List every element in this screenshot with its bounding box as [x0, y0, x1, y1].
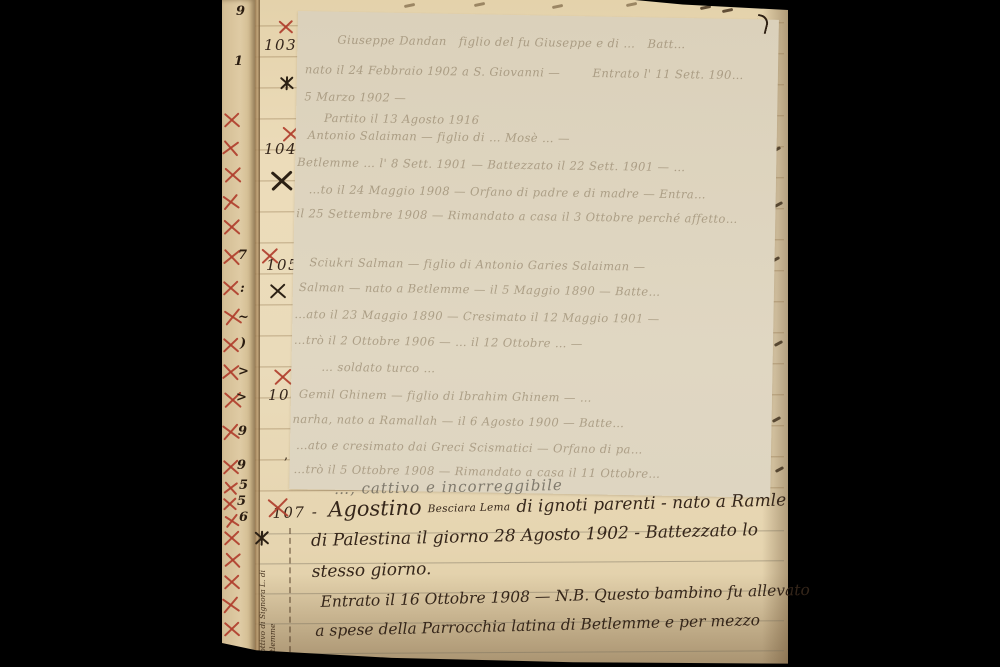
ghost-entry-104-line: Antonio Salaiman — figlio di … Mosè … —: [308, 128, 570, 145]
entry-107-line-1-text: di ignoti parenti - nato a Ramle: [516, 490, 786, 517]
ghost-entry-106-line: Gemil Ghinem — figlio di Ibrahim Ghinem …: [299, 387, 592, 405]
red-x-mark: [222, 193, 239, 210]
ink-fragment: [775, 466, 784, 473]
red-x-mark: [224, 112, 239, 127]
red-x-mark: [223, 497, 237, 510]
ghost-entry-106-line: …ato e cresimato dai Greci Scismatici — …: [296, 438, 643, 457]
red-x-mark: [224, 574, 240, 589]
edge-digit-fragment: >: [238, 364, 249, 379]
ghost-entry-105-line: … soldato turco …: [321, 360, 435, 375]
ghost-entry-104-line: il 25 Settembre 1908 — Rimandato a casa …: [296, 206, 738, 226]
ink-fragment: [772, 416, 781, 423]
edge-digit-fragment: >: [236, 390, 247, 405]
ghost-entry-105-line: …trò il 2 Ottobre 1906 — … il 12 Ottobre…: [294, 333, 583, 351]
red-x-mark: [224, 219, 239, 235]
edge-digit-fragment: 5: [239, 478, 248, 493]
entry-number-104: 104: [264, 140, 297, 158]
ghost-entry-103-line: Giuseppe Dandan figlio del fu Giuseppe e…: [337, 33, 685, 52]
edge-digit-fragment: 9: [238, 424, 247, 439]
entry-number-107: 107 -: [272, 503, 318, 522]
red-x-mark: [224, 621, 240, 636]
edge-digit-fragment: 9: [236, 4, 245, 19]
ghost-entry-105-line: Salman — nato a Betlemme — il 5 Maggio 1…: [299, 280, 661, 299]
edge-digit-fragment: 7: [238, 248, 247, 263]
entry-107-line-2: di Palestina il giorno 28 Agosto 1902 - …: [311, 520, 758, 551]
vertical-margin-note-line: adottivo di Signora L.: [258, 580, 267, 662]
vertical-margin-note: adottivo di Signora L. di Betlemme: [258, 540, 278, 662]
edge-digit-fragment: 5: [237, 494, 246, 509]
red-x-mark: [225, 167, 240, 183]
dashed-margin-rule: [289, 528, 291, 662]
edge-digit-fragment: :: [240, 281, 245, 296]
edge-digit-fragment: 1: [234, 54, 243, 69]
ghost-entry-103-line: Partito il 13 Agosto 1916: [324, 111, 480, 127]
entry-107: 107 -AgostinoBesciara Lemadi ignoti pare…: [272, 486, 790, 659]
ghost-entry-105-line: Sciukri Salman — figlio di Antonio Garie…: [309, 255, 645, 273]
entry-107-inserted-name: Besciara Lema: [427, 501, 510, 515]
entry-107-name: Agostino: [328, 495, 422, 521]
black-x-mark: [270, 283, 285, 298]
ghost-entry-103-line: 5 Marzo 1902 —: [304, 89, 406, 104]
ink-fragment: [722, 8, 733, 13]
ink-fragment: [774, 340, 783, 347]
edge-digit-fragment: ): [240, 336, 246, 351]
stray-ink-mark: ,: [284, 448, 288, 463]
black-x-mark: [280, 76, 293, 89]
entry-107-line-3: stesso giorno.: [312, 559, 432, 582]
black-x-mark: [272, 170, 291, 191]
ink-fragment: [626, 2, 637, 7]
ghost-entry-103-line: nato il 24 Febbraio 1902 a S. Giovanni —…: [305, 62, 744, 82]
scanned-register-image: 9 1 7 : ~ ) > > 9 9 5 5 6 103. 104 105. …: [0, 0, 1000, 667]
red-x-mark: [223, 480, 237, 494]
red-x-mark: [268, 498, 288, 518]
edge-digit-fragment: 6: [239, 510, 248, 525]
red-x-mark: [224, 513, 239, 528]
covering-sheet-overlay: Giuseppe Dandan figlio del fu Giuseppe e…: [289, 11, 779, 498]
red-x-mark: [221, 363, 240, 381]
red-x-mark: [222, 596, 239, 613]
ink-fragment: [404, 3, 415, 8]
red-x-mark: [223, 459, 238, 474]
red-x-mark: [278, 20, 293, 34]
red-x-mark: [223, 337, 239, 352]
edge-digit-fragment: ~: [238, 310, 249, 325]
red-x-mark: [274, 368, 292, 385]
edge-digit-fragment: 9: [237, 458, 246, 473]
red-x-mark: [224, 551, 240, 567]
ink-fragment: [552, 4, 563, 9]
ghost-entry-104-line: Betlemme … l' 8 Sett. 1901 — Battezzato …: [297, 155, 685, 174]
red-x-mark: [224, 530, 239, 545]
red-x-mark: [222, 139, 240, 156]
entry-107-line-4: Entrato il 16 Ottobre 1908 — N.B. Questo…: [320, 581, 810, 611]
ink-fragment: [474, 2, 485, 7]
ghost-entry-104-line: …to il 24 Maggio 1908 — Orfano di padre …: [309, 182, 706, 201]
entry-107-line-5: a spese della Parrocchia latina di Betle…: [315, 611, 760, 640]
ghost-entry-106-line: narha, nato a Ramallah — il 6 Agosto 190…: [292, 412, 624, 430]
red-x-mark: [223, 280, 238, 295]
register-page: 9 1 7 : ~ ) > > 9 9 5 5 6 103. 104 105. …: [222, 0, 788, 667]
ghost-entry-105-line: …ato il 23 Maggio 1890 — Cresimato il 12…: [294, 307, 659, 326]
